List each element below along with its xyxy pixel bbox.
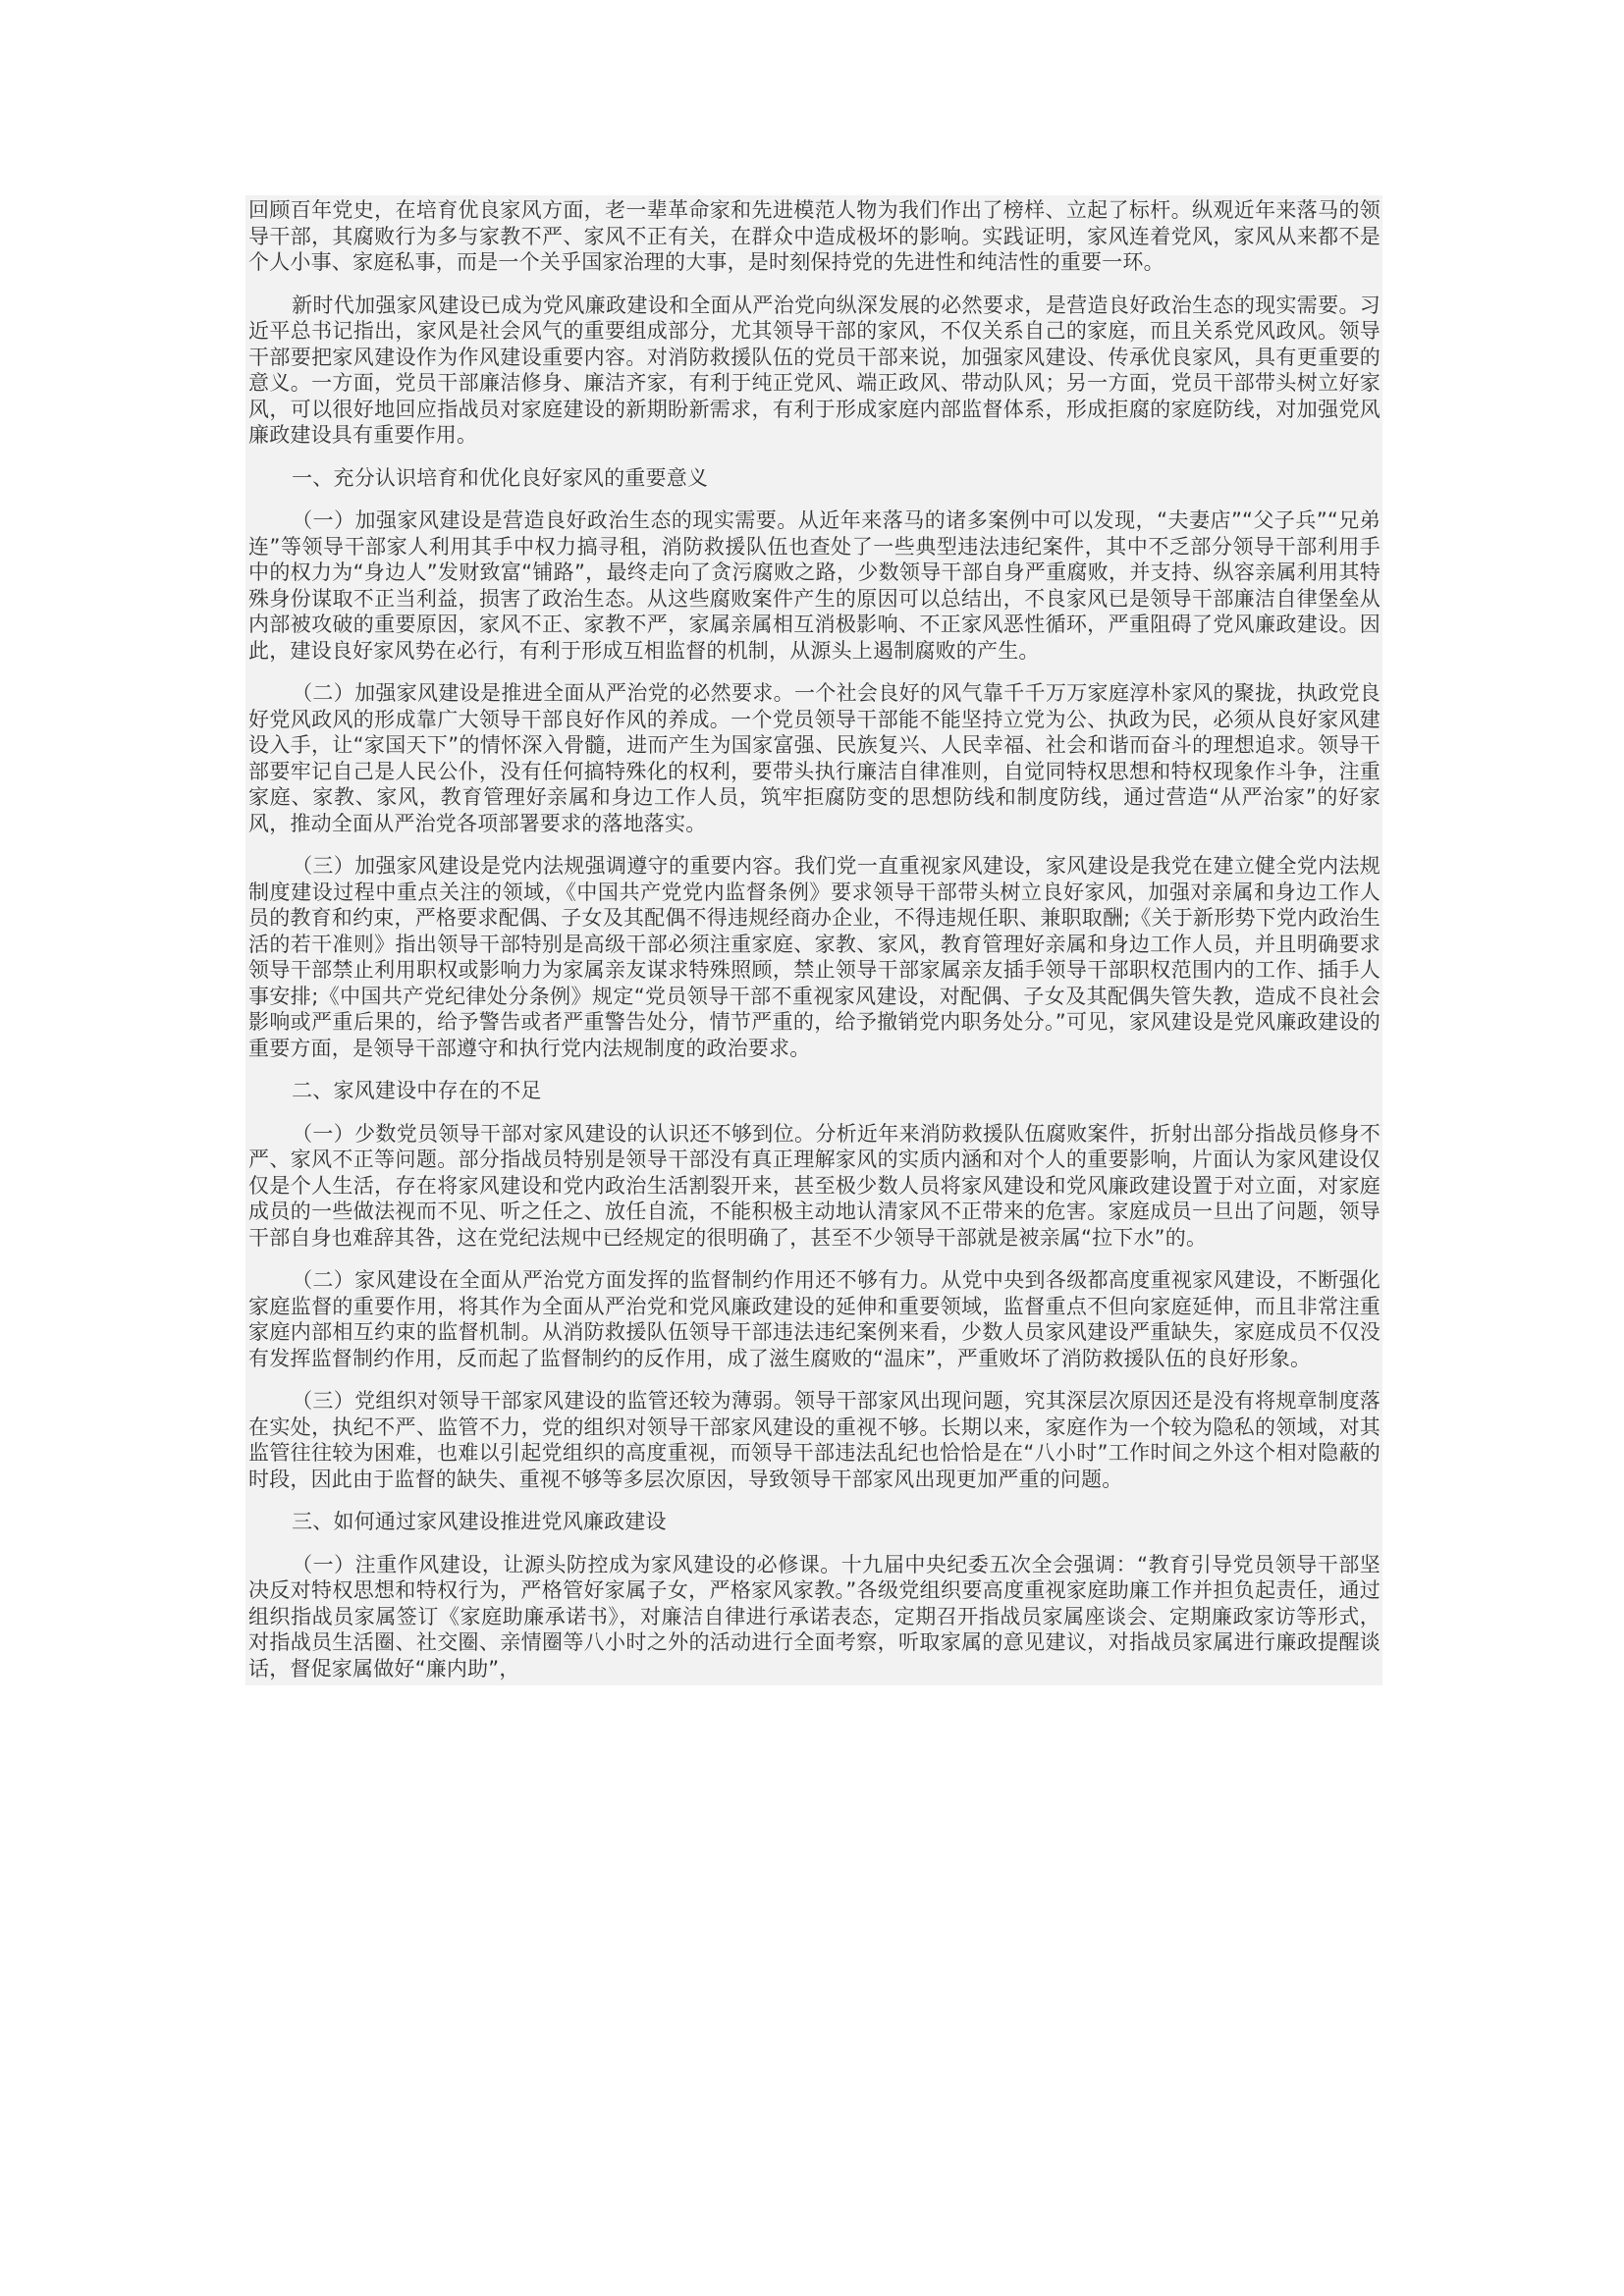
section-3-point-1: （一）注重作风建设，让源头防控成为家风建设的必修课。十九届中央纪委五次全会强调：…	[248, 1552, 1380, 1682]
section-2-point-3: （三）党组织对领导干部家风建设的监管还较为薄弱。领导干部家风出现问题，究其深层次…	[248, 1388, 1380, 1492]
section-1-point-1: （一）加强家风建设是营造良好政治生态的现实需要。从近年来落马的诸多案例中可以发现…	[248, 507, 1380, 664]
section-heading-3: 三、如何通过家风建设推进党风廉政建设	[248, 1509, 1380, 1535]
section-2-point-1: （一）少数党员领导干部对家风建设的认识还不够到位。分析近年来消防救援队伍腐败案件…	[248, 1121, 1380, 1252]
context-paragraph: 新时代加强家风建设已成为党风廉政建设和全面从严治党向纵深发展的必然要求，是营造良…	[248, 293, 1380, 449]
section-heading-2: 二、家风建设中存在的不足	[248, 1078, 1380, 1104]
section-2-point-2: （二）家风建设在全面从严治党方面发挥的监督制约作用还不够有力。从党中央到各级都高…	[248, 1267, 1380, 1371]
document-page: 回顾百年党史，在培育优良家风方面，老一辈革命家和先进模范人物为我们作出了榜样、立…	[245, 195, 1382, 1685]
section-heading-1: 一、充分认识培育和优化良好家风的重要意义	[248, 465, 1380, 492]
section-1-point-2: （二）加强家风建设是推进全面从严治党的必然要求。一个社会良好的风气靠千千万万家庭…	[248, 680, 1380, 836]
intro-paragraph: 回顾百年党史，在培育优良家风方面，老一辈革命家和先进模范人物为我们作出了榜样、立…	[248, 197, 1380, 276]
section-1-point-3: （三）加强家风建设是党内法规强调遵守的重要内容。我们党一直重视家风建设，家风建设…	[248, 853, 1380, 1061]
